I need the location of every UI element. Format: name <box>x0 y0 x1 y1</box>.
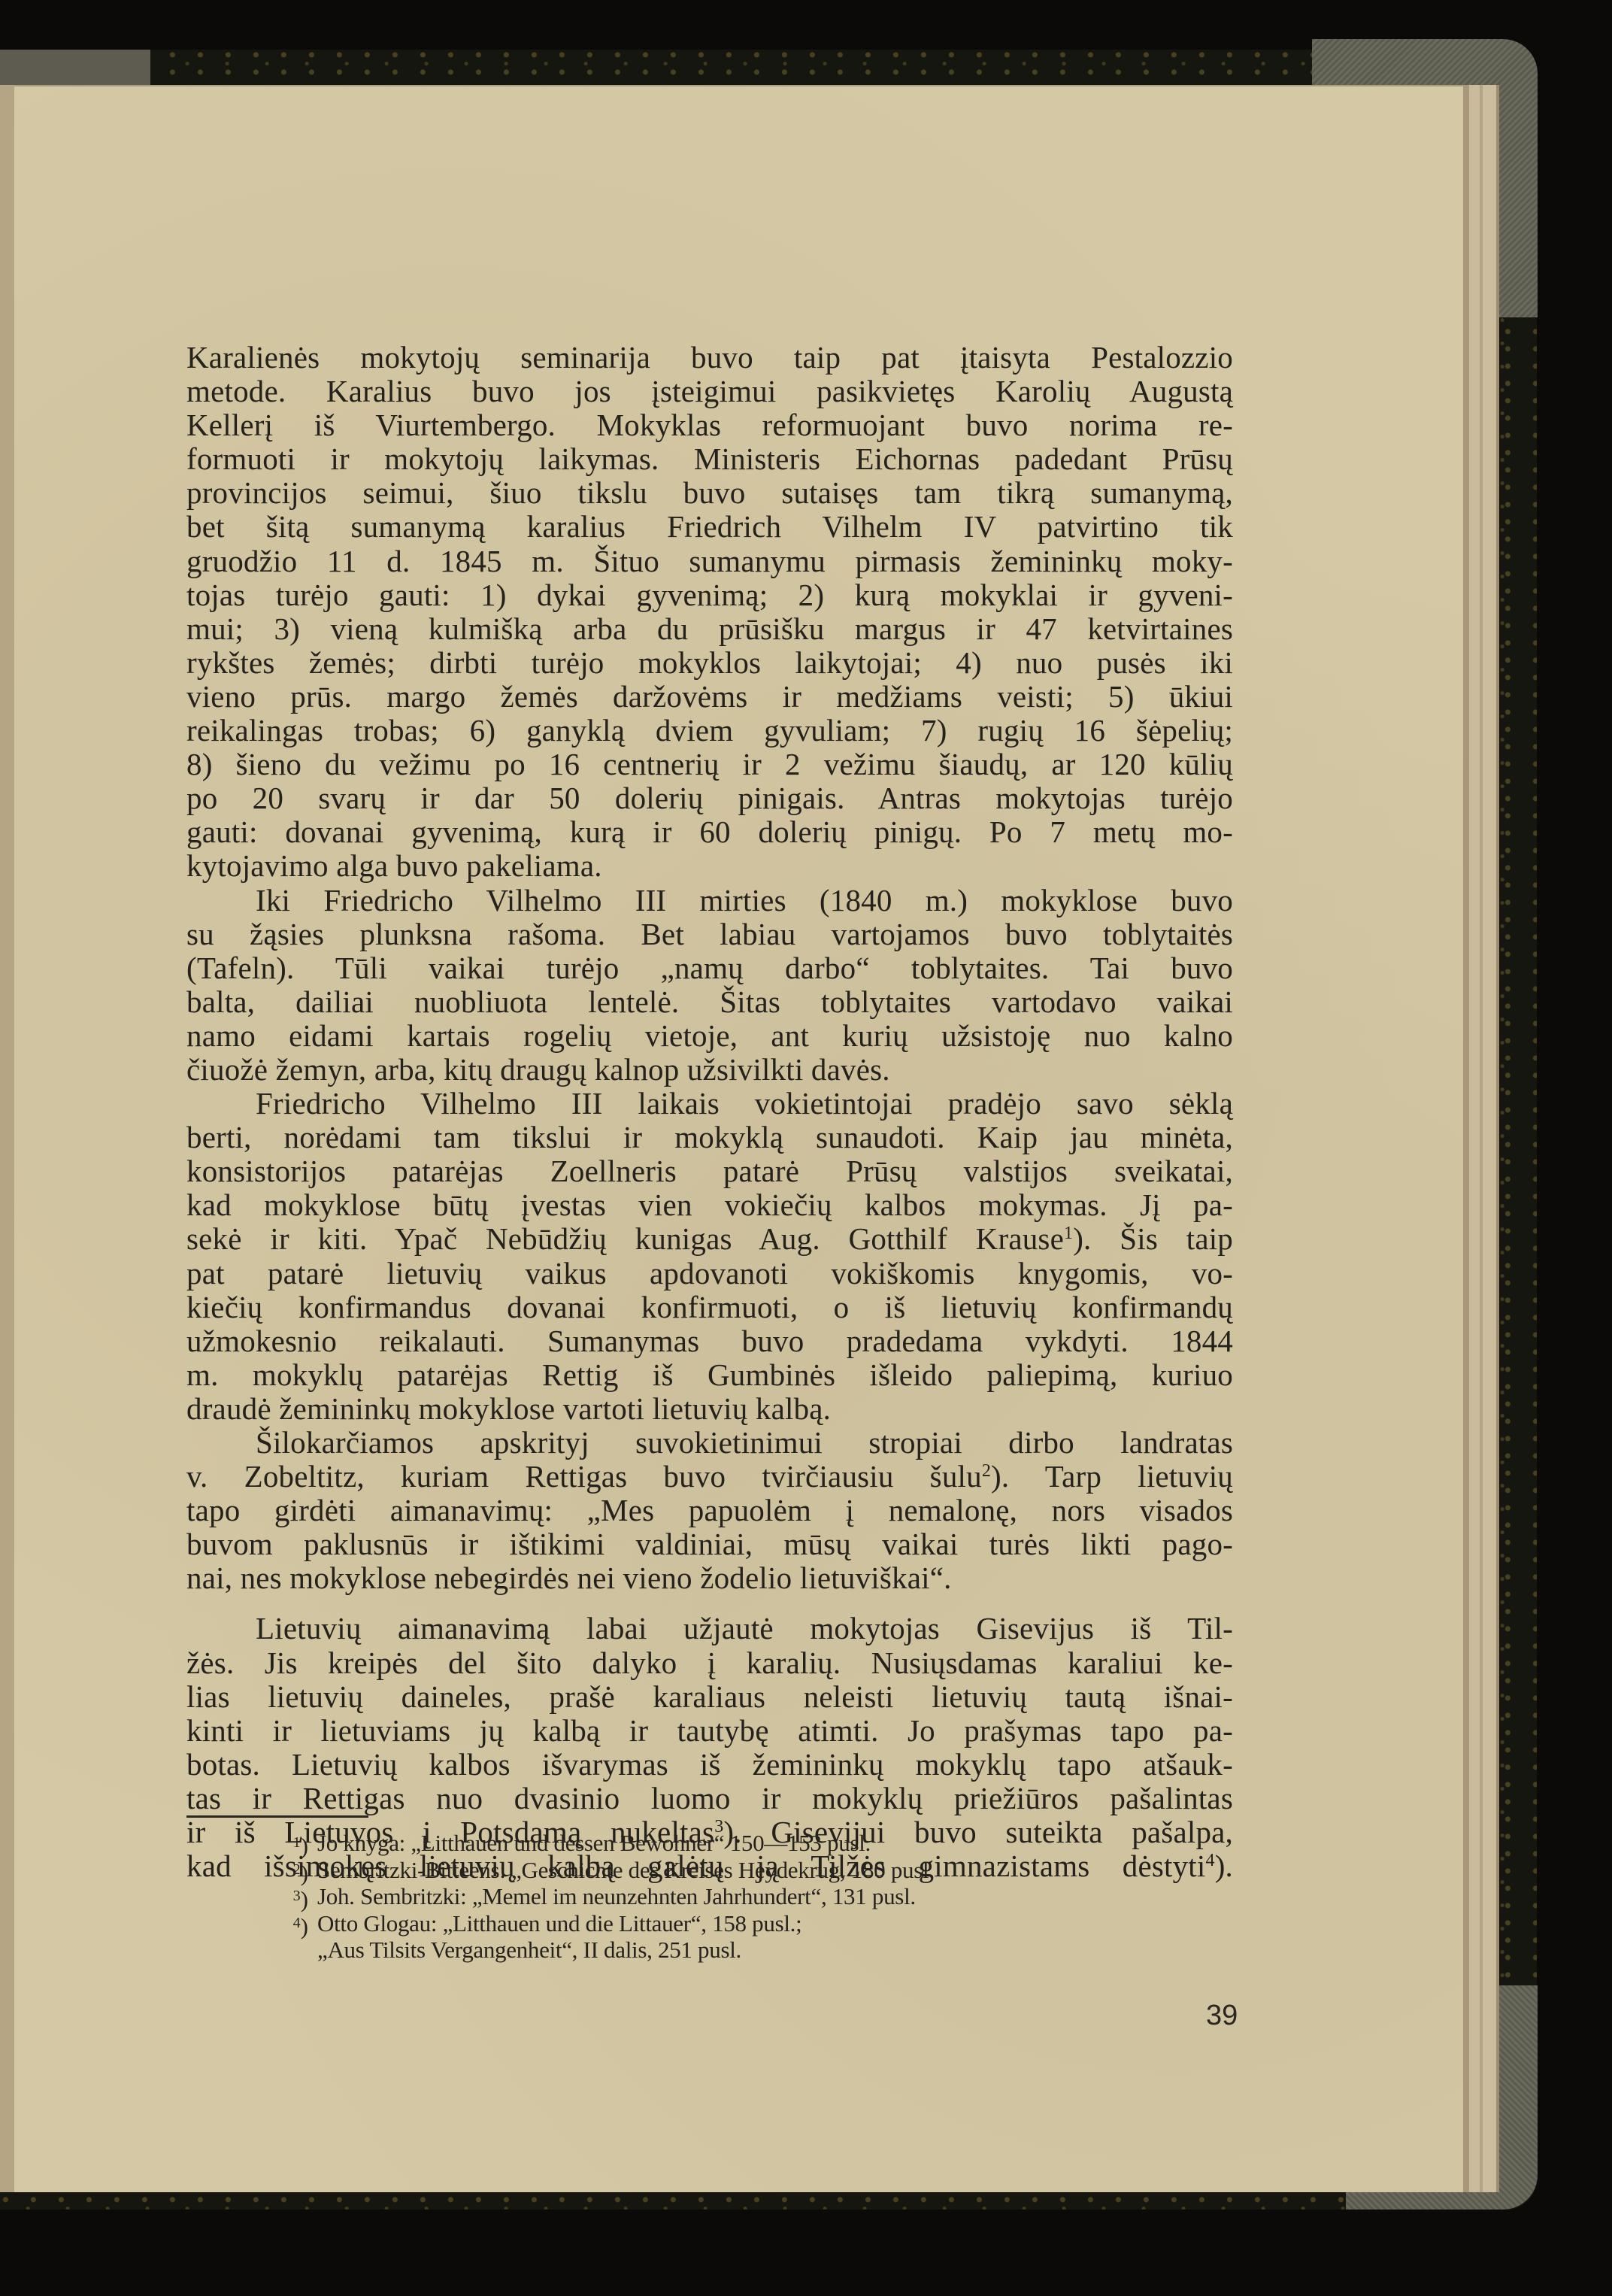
text-line: gauti: dovanai gyvenimą, kurą ir 60 dole… <box>186 815 1233 849</box>
footnotes: 1) Jo knyga: „Litthauen und dessen Bewoh… <box>186 1830 1233 1964</box>
page-number: 39 <box>1206 2000 1238 2032</box>
text-line: v. Zobeltitz, kuriam Rettigas buvo tvirč… <box>186 1460 1233 1494</box>
text-line: formuoti ir mokytojų laikymas. Ministeri… <box>186 442 1233 476</box>
page-edges <box>1463 85 1499 2192</box>
text-line: kiečių konfirmandus dovanai konfirmuoti,… <box>186 1291 1233 1324</box>
text-line: (Tafeln). Tūli vaikai turėjo „namų darbo… <box>186 951 1233 985</box>
text-line: gruodžio 11 d. 1845 m. Šituo sumanymu pi… <box>186 544 1233 578</box>
text-line: namo eidami kartais rogelių vietoje, ant… <box>186 1019 1233 1053</box>
footnote-separator <box>186 1815 368 1818</box>
text-line: m. mokyklų patarėjas Rettig iš Gumbinės … <box>186 1358 1233 1392</box>
text-line: Lietuvių aimanavimą labai užjautė mokyto… <box>186 1612 1233 1645</box>
footnote-text: Jo knyga: „Litthauen und dessen Bewohner… <box>317 1830 1233 1857</box>
text-line: provincijos seimui, šiuo tikslu buvo sut… <box>186 476 1233 510</box>
text-line: kytojavimo alga buvo pakeliama. <box>186 849 1233 883</box>
text-line: tas ir Rettigas nuo dvasinio luomo ir mo… <box>186 1782 1233 1815</box>
book-page: Karalienės mokytojų seminarija buvo taip… <box>14 85 1463 2192</box>
text-line: bet šitą sumanymą karalius Friedrich Vil… <box>186 510 1233 544</box>
paragraph-3: Friedricho Vilhelmo III laikais vokietin… <box>186 1087 1233 1426</box>
text-line: kinti ir lietuviams jų kalbą ir tautybę … <box>186 1714 1233 1748</box>
text-line: vieno prūs. margo žemės daržovėms ir med… <box>186 680 1233 714</box>
body-text: Karalienės mokytojų seminarija buvo taip… <box>186 341 1233 1883</box>
paragraph-4: Šilokarčiamos apskrityj suvokietinimui s… <box>186 1426 1233 1595</box>
footnote-ref-1[interactable]: 1 <box>1064 1224 1073 1243</box>
footnote-marker: 4) <box>186 1910 317 1937</box>
footnote-text: Otto Glogau: „Litthauen und die Littauer… <box>317 1910 1233 1937</box>
text-line: buvom paklusnūs ir ištikimi valdiniai, m… <box>186 1527 1233 1561</box>
gutter-strip <box>0 85 14 2192</box>
text-line: tojas turėjo gauti: 1) dykai gyvenimą; 2… <box>186 578 1233 612</box>
text-line: žės. Jis kreipės del šito dalyko į karal… <box>186 1646 1233 1680</box>
text-line: su žąsies plunksna rašoma. Bet labiau va… <box>186 917 1233 951</box>
footnote-marker: 2) <box>186 1857 317 1884</box>
footnote-3: 3) Joh. Sembritzki: „Memel im neunzehnte… <box>186 1883 1233 1910</box>
footnote-ref-2[interactable]: 2 <box>982 1461 991 1481</box>
text-line: užmokesnio reikalauti. Sumanymas buvo pr… <box>186 1324 1233 1358</box>
footnote-4: 4) Otto Glogau: „Litthauen und die Litta… <box>186 1910 1233 1937</box>
text-segment: ). Šis taip <box>1073 1221 1233 1256</box>
text-line: tapo girdėti aimanavimų: „Mes papuolėm į… <box>186 1494 1233 1527</box>
footnote-4-continued: „Aus Tilsits Vergangenheit“, II dalis, 2… <box>186 1937 1233 1964</box>
cloth-spine-edge <box>0 50 150 86</box>
text-line: Kellerį iš Viurtembergo. Mokyklas reform… <box>186 408 1233 442</box>
text-segment: sekė ir kiti. Ypač Nebūdžių kunigas Aug.… <box>186 1221 1064 1256</box>
footnote-marker: 1) <box>186 1830 317 1857</box>
text-segment: v. Zobeltitz, kuriam Rettigas buvo tvirč… <box>186 1459 982 1494</box>
text-line: 8) šieno du vežimu po 16 centnerių ir 2 … <box>186 748 1233 781</box>
text-line: kad mokyklose būtų įvestas vien vokiečių… <box>186 1188 1233 1222</box>
text-line: rykštes žemės; dirbti turėjo mokyklos la… <box>186 646 1233 680</box>
text-line: pat patarė lietuvių vaikus apdovanoti vo… <box>186 1257 1233 1291</box>
paragraph-2: Iki Friedricho Vilhelmo III mirties (184… <box>186 884 1233 1087</box>
text-line: reikalingas trobas; 6) ganyklą dviem gyv… <box>186 714 1233 748</box>
text-line: po 20 svarų ir dar 50 dolerių pinigais. … <box>186 781 1233 815</box>
text-line: konsistorijos patarėjas Zoellneris patar… <box>186 1154 1233 1188</box>
text-line: Šilokarčiamos apskrityj suvokietinimui s… <box>186 1426 1233 1460</box>
text-line: balta, dailiai nuobliuota lentelė. Šitas… <box>186 985 1233 1019</box>
text-line: metode. Karalius buvo jos įsteigimui pas… <box>186 375 1233 408</box>
text-line: mui; 3) vieną kulmišką arba du prūsišku … <box>186 612 1233 646</box>
text-line: sekė ir kiti. Ypač Nebūdžių kunigas Aug.… <box>186 1222 1233 1256</box>
text-line: Friedricho Vilhelmo III laikais vokietin… <box>186 1087 1233 1121</box>
paragraph-1: Karalienės mokytojų seminarija buvo taip… <box>186 341 1233 884</box>
footnote-marker: 3) <box>186 1883 317 1910</box>
footnote-marker-empty <box>186 1937 317 1964</box>
footnote-text: „Aus Tilsits Vergangenheit“, II dalis, 2… <box>317 1937 1233 1964</box>
footnote-2: 2) Sembritzki-Bitteens: „Geschichte des … <box>186 1857 1233 1884</box>
text-segment: ). Tarp lietuvių <box>991 1459 1233 1494</box>
text-line: Karalienės mokytojų seminarija buvo taip… <box>186 341 1233 375</box>
text-line: čiuožė žemyn, arba, kitų draugų kalnop u… <box>186 1053 1233 1087</box>
text-line: Iki Friedricho Vilhelmo III mirties (184… <box>186 884 1233 917</box>
footnote-1: 1) Jo knyga: „Litthauen und dessen Bewoh… <box>186 1830 1233 1857</box>
text-line: lias lietuvių daineles, prašė karaliaus … <box>186 1680 1233 1714</box>
text-line: draudė žemininkų mokyklose vartoti lietu… <box>186 1392 1233 1426</box>
text-line: berti, norėdami tam tikslui ir mokyklą s… <box>186 1121 1233 1154</box>
text-line: nai, nes mokyklose nebegirdės nei vieno … <box>186 1561 1233 1595</box>
footnote-text: Joh. Sembritzki: „Memel im neunzehnten J… <box>317 1883 1233 1910</box>
text-line: botas. Lietuvių kalbos išvarymas iš žemi… <box>186 1748 1233 1782</box>
footnote-text: Sembritzki-Bitteens: „Geschichte des Kre… <box>317 1857 1233 1884</box>
